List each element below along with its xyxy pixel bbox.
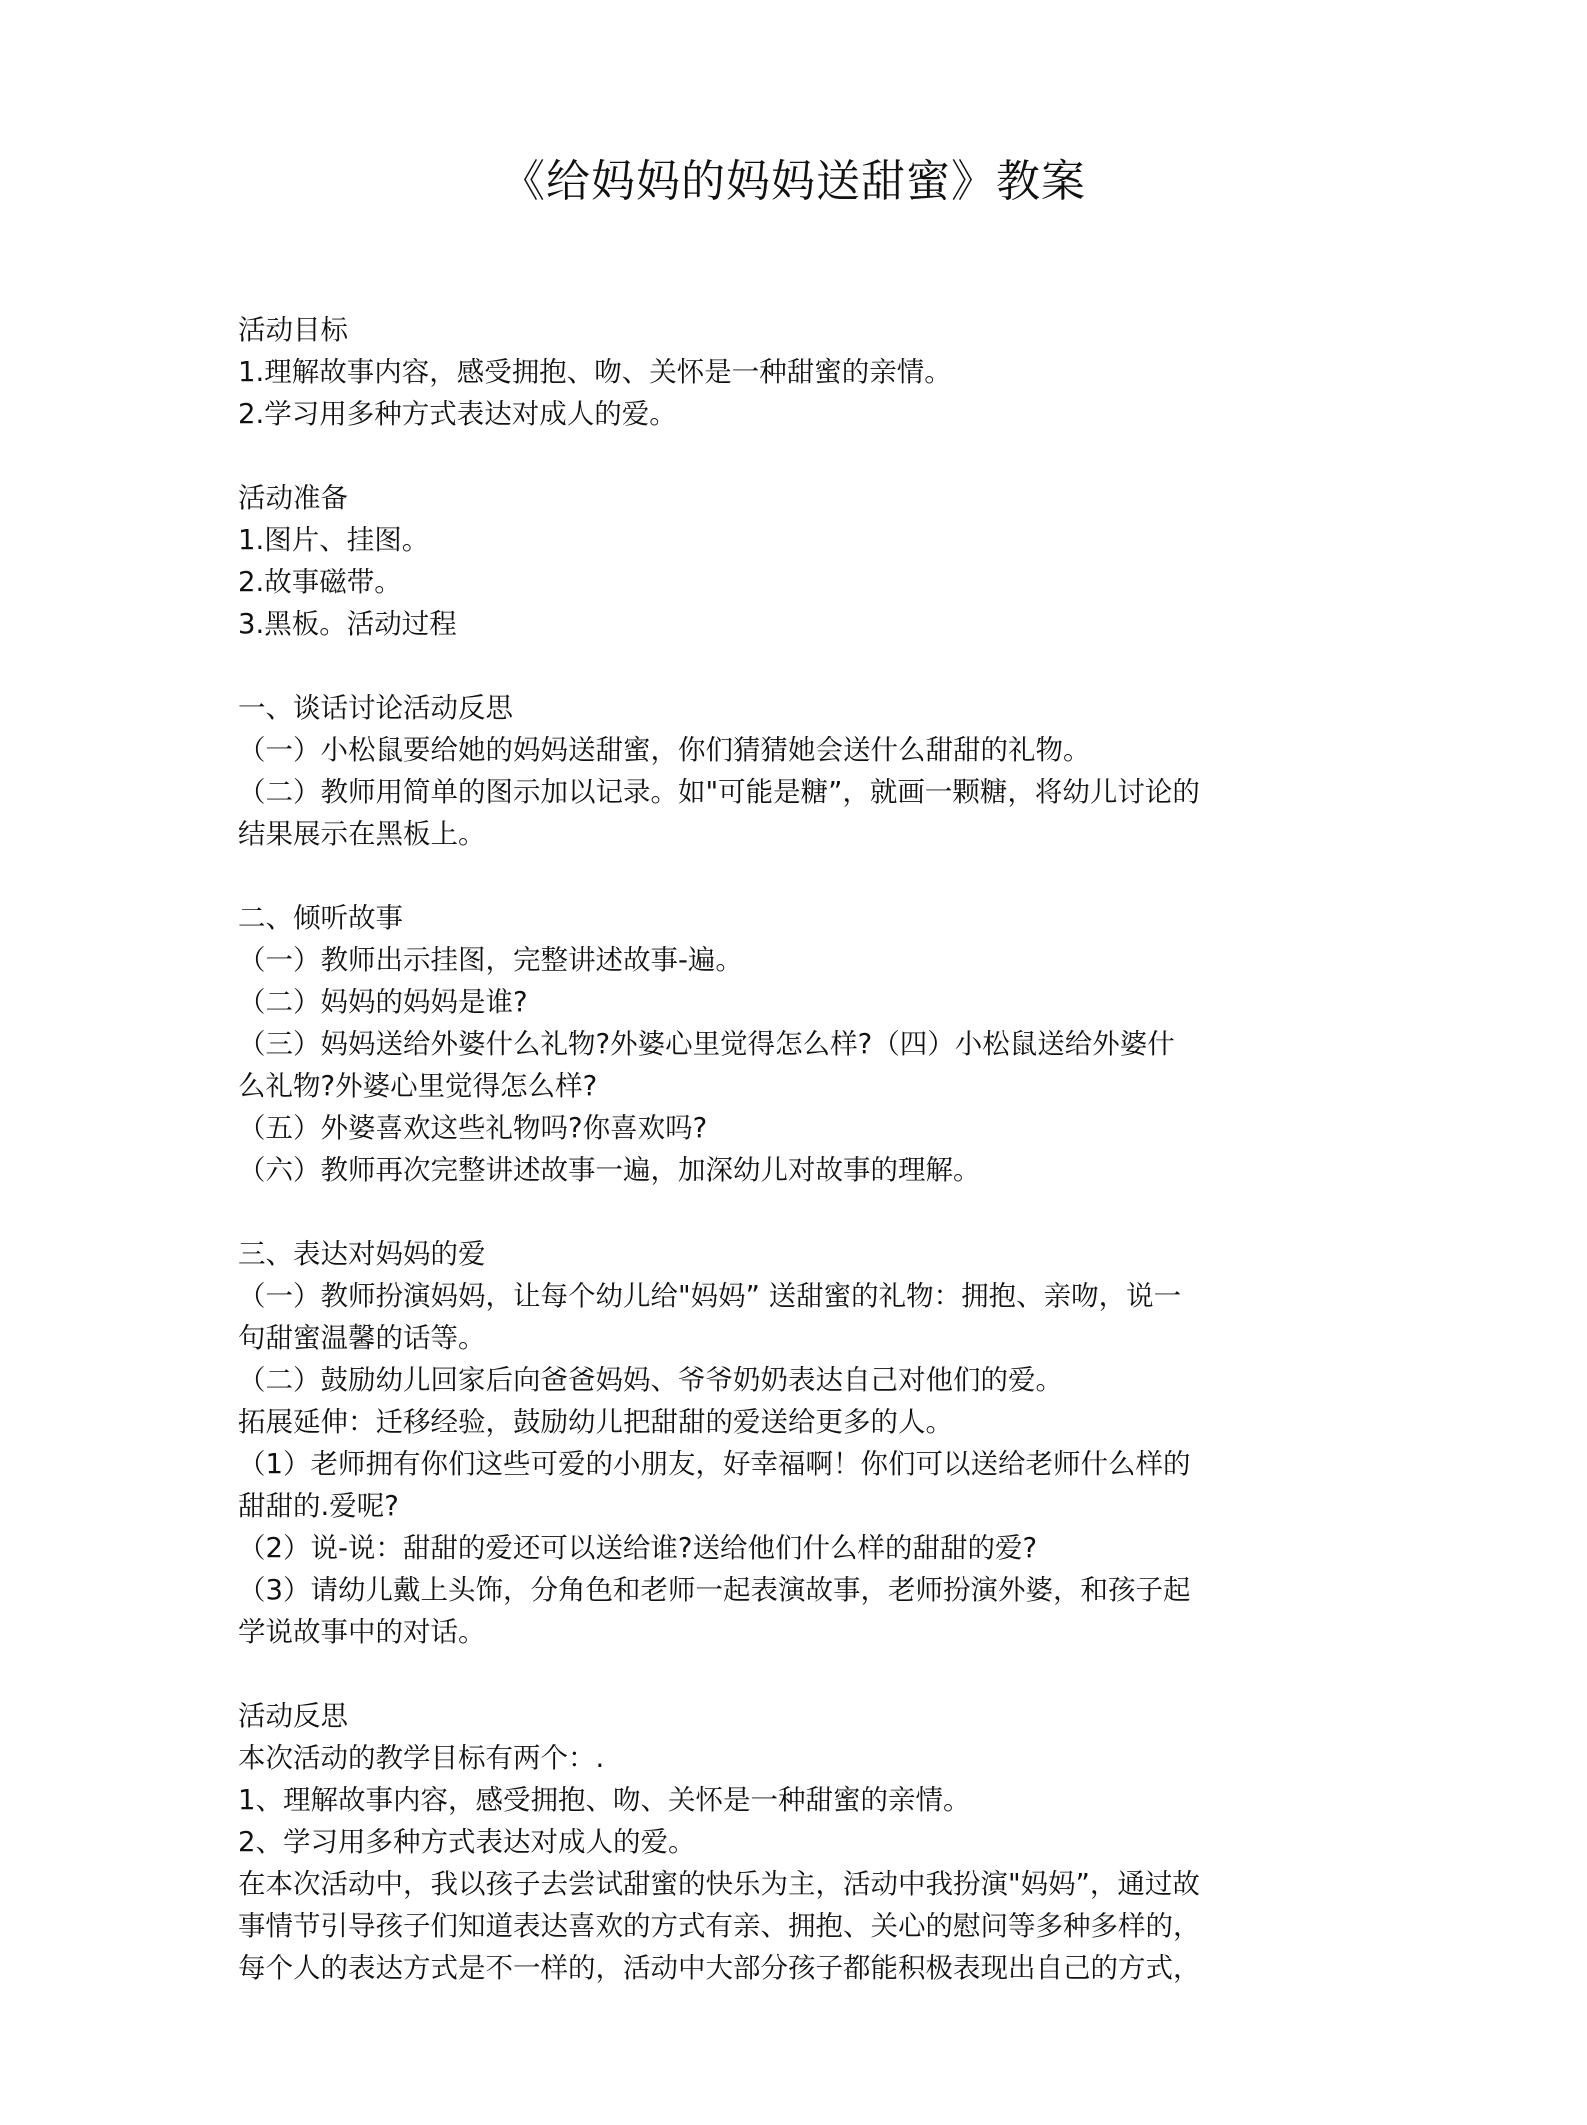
section-heading: 三、表达对妈妈的爱 bbox=[238, 1233, 1358, 1275]
document-body: 活动目标 1.理解故事内容，感受拥抱、吻、关怀是一种甜蜜的亲情。 2.学习用多种… bbox=[238, 309, 1358, 1989]
blank-line bbox=[238, 435, 1358, 477]
document-page: 《给妈妈的妈妈送甜蜜》教案 活动目标 1.理解故事内容，感受拥抱、吻、关怀是一种… bbox=[0, 0, 1587, 2125]
section-discussion: 一、谈话讨论活动反思 （一）小松鼠要给她的妈妈送甜蜜，你们猜猜她会送什么甜甜的礼… bbox=[238, 687, 1358, 855]
paragraph-line: （五）外婆喜欢这些礼物吗?你喜欢吗? bbox=[238, 1107, 1358, 1149]
paragraph-line: （一）小松鼠要给她的妈妈送甜蜜，你们猜猜她会送什么甜甜的礼物。 bbox=[238, 729, 1358, 771]
document-title: 《给妈妈的妈妈送甜蜜》教案 bbox=[0, 150, 1587, 214]
paragraph-line: （二）妈妈的妈妈是谁? bbox=[238, 981, 1358, 1023]
section-heading: 活动目标 bbox=[238, 309, 1358, 351]
paragraph-line: （3）请幼儿戴上头饰，分角色和老师一起表演故事，老师扮演外婆，和孩子起 bbox=[238, 1569, 1358, 1611]
paragraph-line: 2、学习用多种方式表达对成人的爱。 bbox=[238, 1821, 1358, 1863]
paragraph-line: 本次活动的教学目标有两个：. bbox=[238, 1737, 1358, 1779]
paragraph-line: 甜甜的.爱呢? bbox=[238, 1485, 1358, 1527]
paragraph-line: （三）妈妈送给外婆什么礼物?外婆心里觉得怎么样?（四）小松鼠送给外婆什 bbox=[238, 1023, 1358, 1065]
paragraph-line: 1、理解故事内容，感受拥抱、吻、关怀是一种甜蜜的亲情。 bbox=[238, 1779, 1358, 1821]
paragraph-line: （二）教师用简单的图示加以记录。如"可能是糖”，就画一颗糖，将幼儿讨论的 bbox=[238, 771, 1358, 813]
paragraph-line: 句甜蜜温馨的话等。 bbox=[238, 1317, 1358, 1359]
section-express-love: 三、表达对妈妈的爱 （一）教师扮演妈妈，让每个幼儿给"妈妈” 送甜蜜的礼物：拥抱… bbox=[238, 1233, 1358, 1653]
section-activity-preparation: 活动准备 1.图片、挂图。 2.故事磁带。 3.黑板。活动过程 bbox=[238, 477, 1358, 645]
paragraph-line: （一）教师出示挂图，完整讲述故事-遍。 bbox=[238, 939, 1358, 981]
section-reflection: 活动反思 本次活动的教学目标有两个：. 1、理解故事内容，感受拥抱、吻、关怀是一… bbox=[238, 1695, 1358, 1989]
section-heading: 一、谈话讨论活动反思 bbox=[238, 687, 1358, 729]
paragraph-line: 1.图片、挂图。 bbox=[238, 519, 1358, 561]
paragraph-line: 2.学习用多种方式表达对成人的爱。 bbox=[238, 393, 1358, 435]
blank-line bbox=[238, 645, 1358, 687]
paragraph-line: 2.故事磁带。 bbox=[238, 561, 1358, 603]
paragraph-line: 每个人的表达方式是不一样的，活动中大部分孩子都能积极表现出自己的方式， bbox=[238, 1947, 1358, 1989]
section-heading: 活动反思 bbox=[238, 1695, 1358, 1737]
paragraph-line: （2）说-说：甜甜的爱还可以送给谁?送给他们什么样的甜甜的爱? bbox=[238, 1527, 1358, 1569]
paragraph-line: 3.黑板。活动过程 bbox=[238, 603, 1358, 645]
blank-line bbox=[238, 1653, 1358, 1695]
section-listen-story: 二、倾听故事 （一）教师出示挂图，完整讲述故事-遍。 （二）妈妈的妈妈是谁? （… bbox=[238, 897, 1358, 1191]
paragraph-line: （二）鼓励幼儿回家后向爸爸妈妈、爷爷奶奶表达自己对他们的爱。 bbox=[238, 1359, 1358, 1401]
paragraph-line: （六）教师再次完整讲述故事一遍，加深幼儿对故事的理解。 bbox=[238, 1149, 1358, 1191]
paragraph-line: 在本次活动中，我以孩子去尝试甜蜜的快乐为主，活动中我扮演"妈妈”，通过故 bbox=[238, 1863, 1358, 1905]
section-activity-goals: 活动目标 1.理解故事内容，感受拥抱、吻、关怀是一种甜蜜的亲情。 2.学习用多种… bbox=[238, 309, 1358, 435]
paragraph-line: （1）老师拥有你们这些可爱的小朋友，好幸福啊！你们可以送给老师什么样的 bbox=[238, 1443, 1358, 1485]
paragraph-line: 么礼物?外婆心里觉得怎么样? bbox=[238, 1065, 1358, 1107]
blank-line bbox=[238, 855, 1358, 897]
blank-line bbox=[238, 1191, 1358, 1233]
paragraph-line: 拓展延伸：迁移经验，鼓励幼儿把甜甜的爱送给更多的人。 bbox=[238, 1401, 1358, 1443]
paragraph-line: 结果展示在黑板上。 bbox=[238, 813, 1358, 855]
section-heading: 二、倾听故事 bbox=[238, 897, 1358, 939]
paragraph-line: 事情节引导孩子们知道表达喜欢的方式有亲、拥抱、关心的慰问等多种多样的， bbox=[238, 1905, 1358, 1947]
paragraph-line: （一）教师扮演妈妈，让每个幼儿给"妈妈” 送甜蜜的礼物：拥抱、亲吻，说一 bbox=[238, 1275, 1358, 1317]
section-heading: 活动准备 bbox=[238, 477, 1358, 519]
paragraph-line: 1.理解故事内容，感受拥抱、吻、关怀是一种甜蜜的亲情。 bbox=[238, 351, 1358, 393]
paragraph-line: 学说故事中的对话。 bbox=[238, 1611, 1358, 1653]
